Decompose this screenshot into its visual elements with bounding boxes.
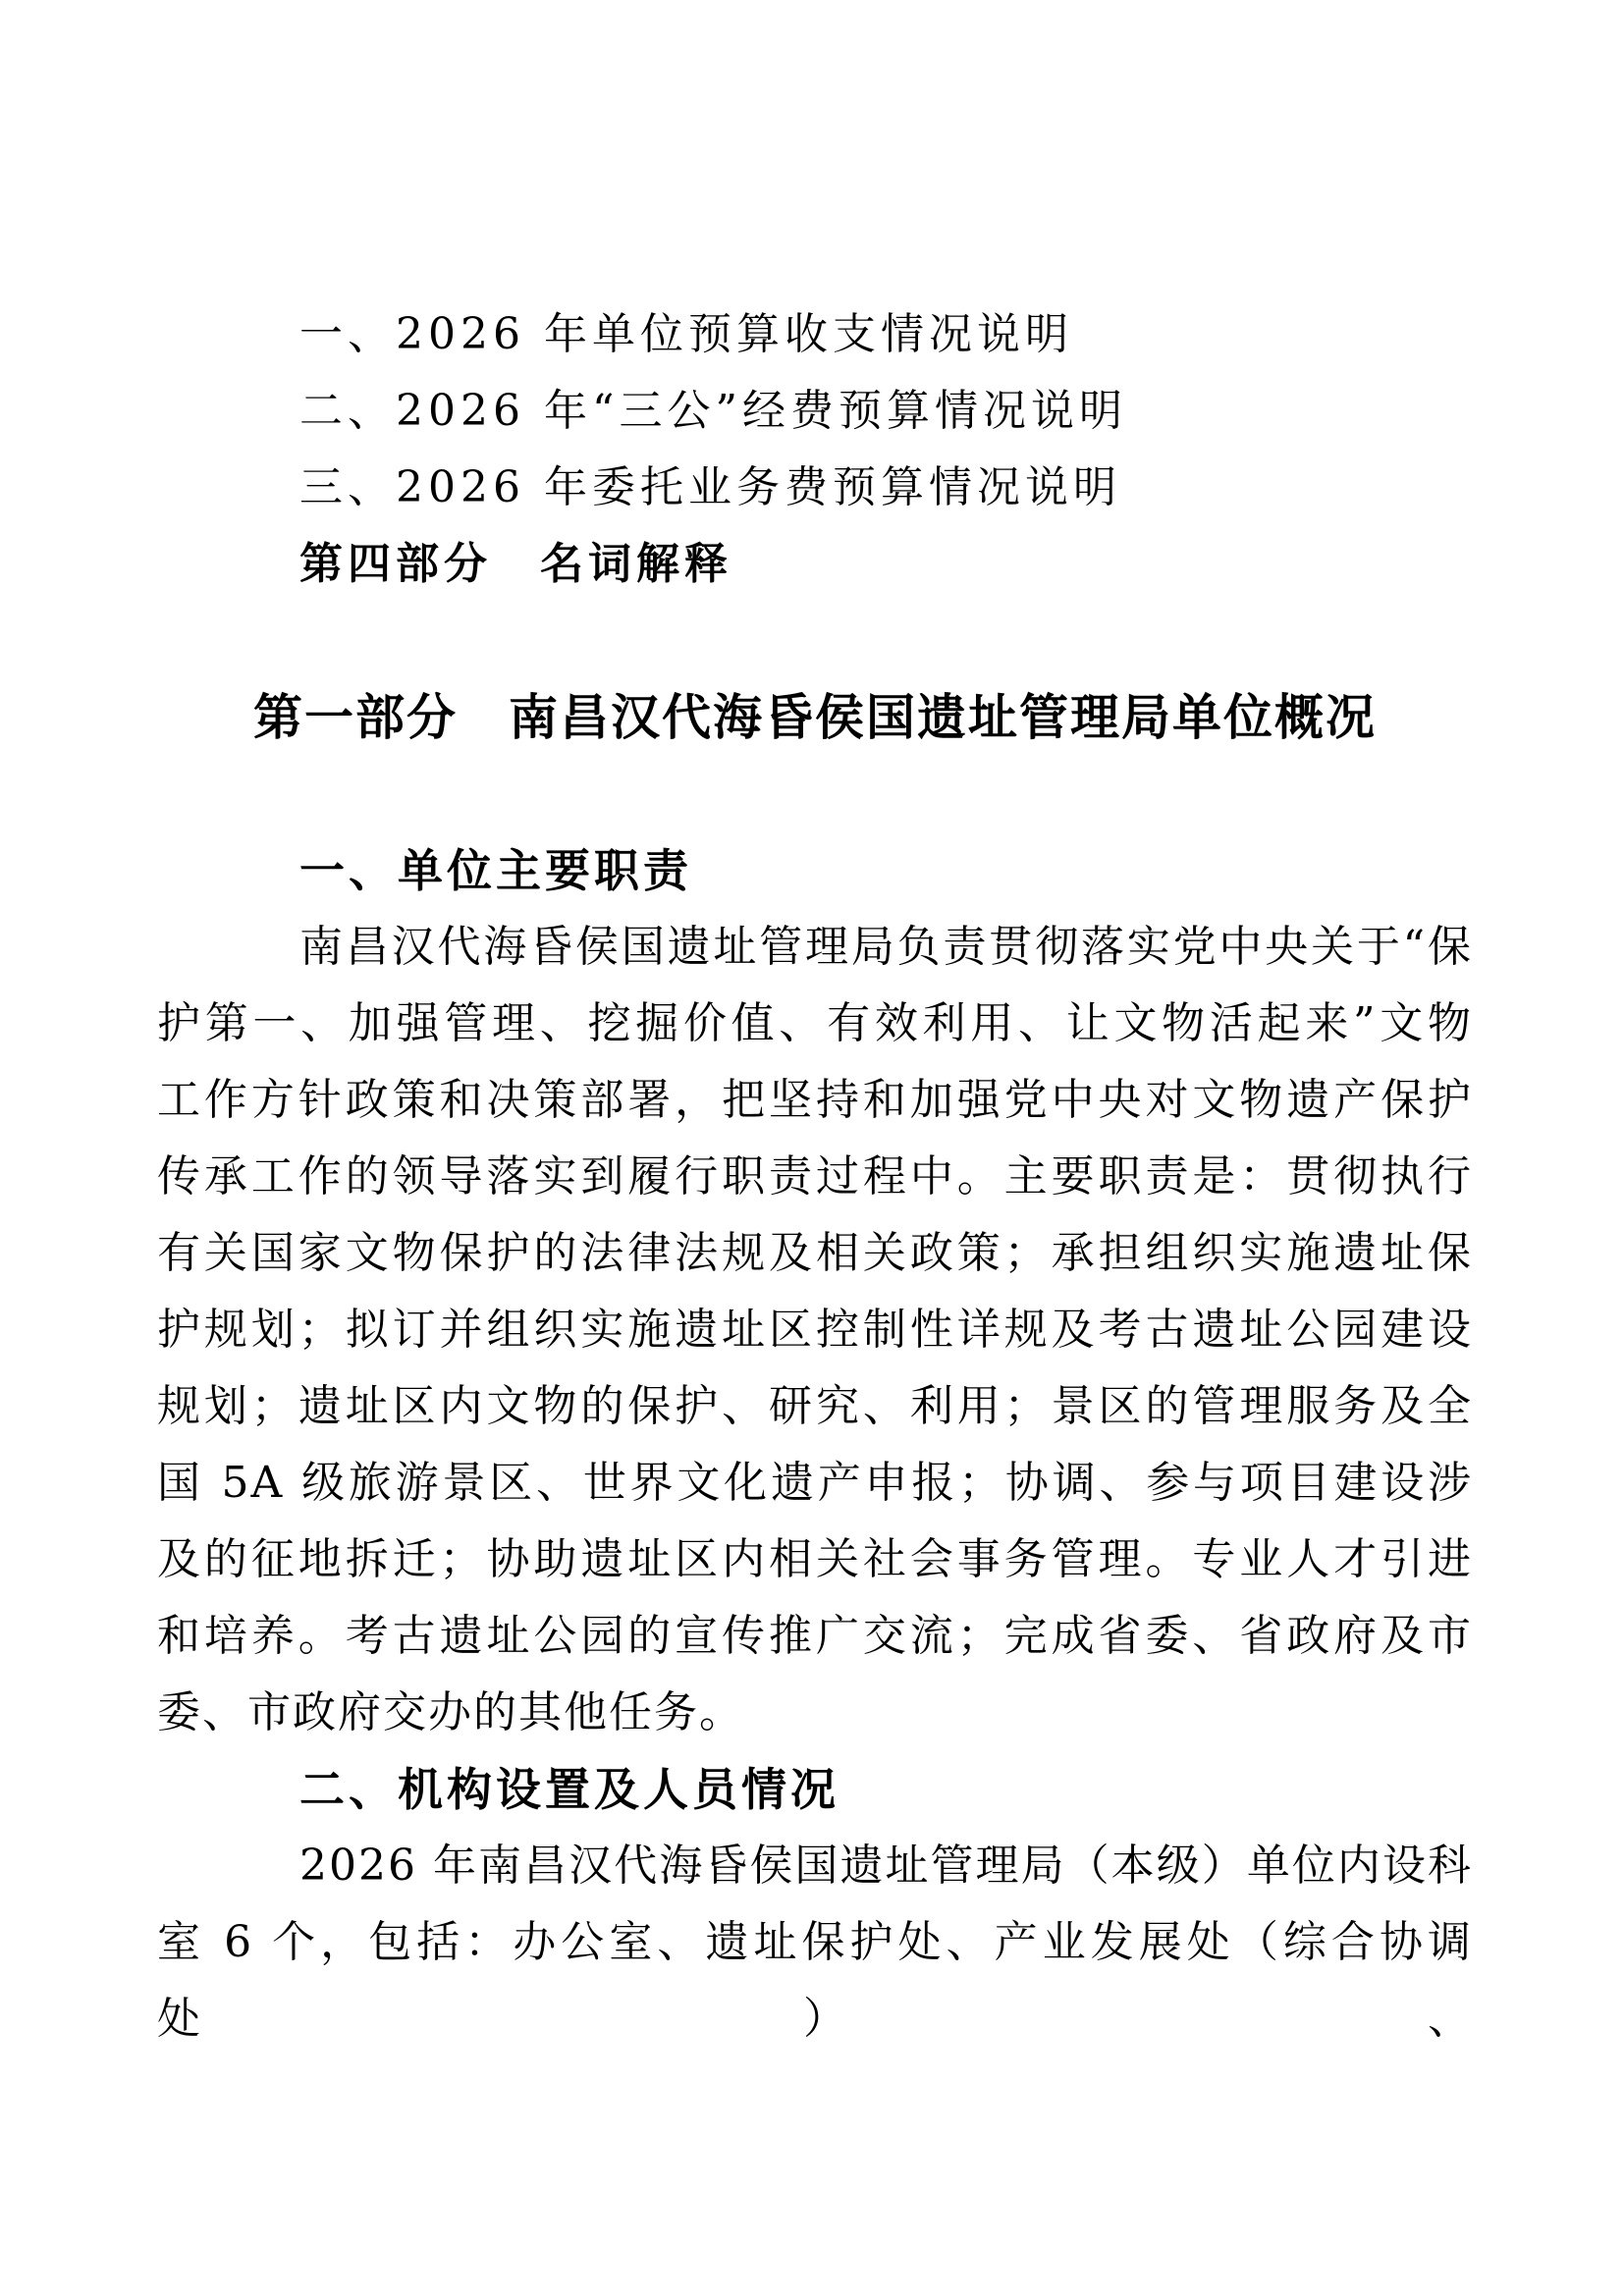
section1-line-5: 有关国家文物保护的法律法规及相关政策；承担组织实施遗址保 [157, 1215, 1473, 1292]
section1-line-7: 规划；遗址区内文物的保护、研究、利用；景区的管理服务及全 [157, 1368, 1473, 1445]
toc-item-4-part4-heading: 第四部分 名词解释 [157, 526, 1473, 603]
section1-line-11: 委、市政府交办的其他任务。 [157, 1675, 1473, 1751]
section1-line-1: 南昌汉代海昏侯国遗址管理局负责贯彻落实党中央关于“保 [157, 909, 1473, 986]
toc-item-2: 二、2026 年“三公”经费预算情况说明 [157, 373, 1473, 450]
part1-title: 第一部分 南昌汉代海昏侯国遗址管理局单位概况 [157, 679, 1473, 756]
section1-line-9: 及的征地拆迁；协助遗址区内相关社会事务管理。专业人才引进 [157, 1522, 1473, 1598]
section2-heading: 二、机构设置及人员情况 [157, 1751, 1473, 1828]
section2-line-1: 2026 年南昌汉代海昏侯国遗址管理局（本级）单位内设科 [157, 1828, 1473, 1904]
document-page: 一、2026 年单位预算收支情况说明 二、2026 年“三公”经费预算情况说明 … [0, 0, 1624, 2296]
section1-line-10: 和培养。考古遗址公园的宣传推广交流；完成省委、省政府及市 [157, 1598, 1473, 1675]
blank-line [157, 603, 1473, 679]
text-column: 一、2026 年单位预算收支情况说明 二、2026 年“三公”经费预算情况说明 … [157, 296, 1473, 1981]
section1-line-6: 护规划；拟订并组织实施遗址区控制性详规及考古遗址公园建设 [157, 1292, 1473, 1368]
section1-line-3: 工作方针政策和决策部署，把坚持和加强党中央对文物遗产保护 [157, 1062, 1473, 1139]
blank-line [157, 756, 1473, 832]
section1-line-8: 国 5A 级旅游景区、世界文化遗产申报；协调、参与项目建设涉 [157, 1445, 1473, 1522]
section1-line-2: 护第一、加强管理、挖掘价值、有效利用、让文物活起来”文物 [157, 986, 1473, 1062]
section1-line-4: 传承工作的领导落实到履行职责过程中。主要职责是：贯彻执行 [157, 1139, 1473, 1215]
toc-item-3: 三、2026 年委托业务费预算情况说明 [157, 450, 1473, 526]
section1-heading: 一、单位主要职责 [157, 832, 1473, 909]
toc-item-1: 一、2026 年单位预算收支情况说明 [157, 296, 1473, 373]
section2-line-2: 室 6 个，包括：办公室、遗址保护处、产业发展处（综合协调处）、 [157, 1904, 1473, 1981]
